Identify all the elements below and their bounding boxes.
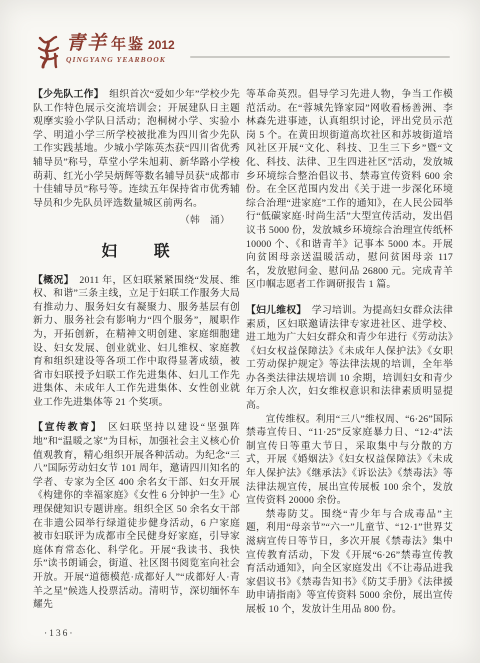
right-column: 等革命英烈。倡导学习先进人物，争当工作模范活动。在“蓉城先锋家园”网收看杨善洲、… xyxy=(246,88,453,617)
logo-title-suffix: 年鉴 xyxy=(111,37,145,52)
section-title-womens-federation: 妇 联 xyxy=(33,245,240,259)
logo-title-row: 青羊 年鉴 2012 xyxy=(66,34,175,53)
entry-text-women-children-rights: 学习培训。为提高妇女群众法律素质，区妇联邀请法律专家进社区、进学校、进工地为广大… xyxy=(246,305,453,411)
entry-text-publicity-education: 区妇联坚持以建设“坚强阵地”和“温暖之家”为目标，加强社会主义核心价值观教育，精… xyxy=(33,422,240,610)
logo-title-cn: 青羊 xyxy=(66,34,108,53)
entry-overview: 【概况】2011 年，区妇联紧紧围绕“发展、维权、和谐”三条主线，立足于妇联工作… xyxy=(33,274,240,410)
page-number: ·136· xyxy=(44,629,75,639)
entry-tag-women-children-rights: 【妇儿维权】 xyxy=(246,305,307,316)
logo-year: 2012 xyxy=(148,39,175,51)
yearbook-page: 青羊 年鉴 2012 QINGYANG YEARBOOK 【少先队工作】组织首次… xyxy=(0,0,480,663)
paragraph-continuation: 等革命英烈。倡导学习先进人物，争当工作模范活动。在“蓉城先锋家园”网收看杨善洲、… xyxy=(246,88,453,292)
logo-subtitle-en: QINGYANG YEARBOOK xyxy=(66,56,175,64)
entry-young-pioneers-work: 【少先队工作】组织首次“爱如少年”学校少先队工作特色展示交流培训会；开展建队日主… xyxy=(33,88,240,210)
header-rule xyxy=(190,56,450,58)
entry-text-young-pioneers: 组织首次“爱如少年”学校少先队工作特色展示交流培训会；开展建队日主题观摩实验小学… xyxy=(33,89,240,209)
entry-women-children-rights: 【妇儿维权】学习培训。为提高妇女群众法律素质，区妇联邀请法律专家进社区、进学校、… xyxy=(246,304,453,413)
paragraph-drug-aids-prevention: 禁毒防艾。围绕“青少年与合成毒品”主题，利用“母亲节”“六一”儿童节、“12·1… xyxy=(246,508,453,617)
entry-tag-publicity-education: 【宣传教育】 xyxy=(33,422,103,433)
entry-tag-young-pioneers: 【少先队工作】 xyxy=(33,89,104,100)
yearbook-logo: 青羊 年鉴 2012 QINGYANG YEARBOOK xyxy=(35,34,452,70)
left-column: 【少先队工作】组织首次“爱如少年”学校少先队工作特色展示交流培训会；开展建队日主… xyxy=(33,88,240,612)
entry-text-overview: 2011 年，区妇联紧紧围绕“发展、维权、和谐”三条主线，立足于妇联工作服务大局… xyxy=(33,275,240,408)
logo-text-block: 青羊 年鉴 2012 QINGYANG YEARBOOK xyxy=(66,34,175,64)
entry-tag-overview: 【概况】 xyxy=(33,275,74,286)
goat-calligraphy-icon xyxy=(35,34,62,70)
entry-publicity-education: 【宣传教育】区妇联坚持以建设“坚强阵地”和“温暖之家”为目标，加强社会主义核心价… xyxy=(33,421,240,611)
paragraph-rights-publicity: 宣传维权。利用“三八”维权周、“6·26”国际禁毒宣传日、“11·25”反家庭暴… xyxy=(246,413,453,508)
author-attribution: （韩 涌） xyxy=(33,214,230,228)
page-header: 青羊 年鉴 2012 QINGYANG YEARBOOK xyxy=(35,34,452,78)
